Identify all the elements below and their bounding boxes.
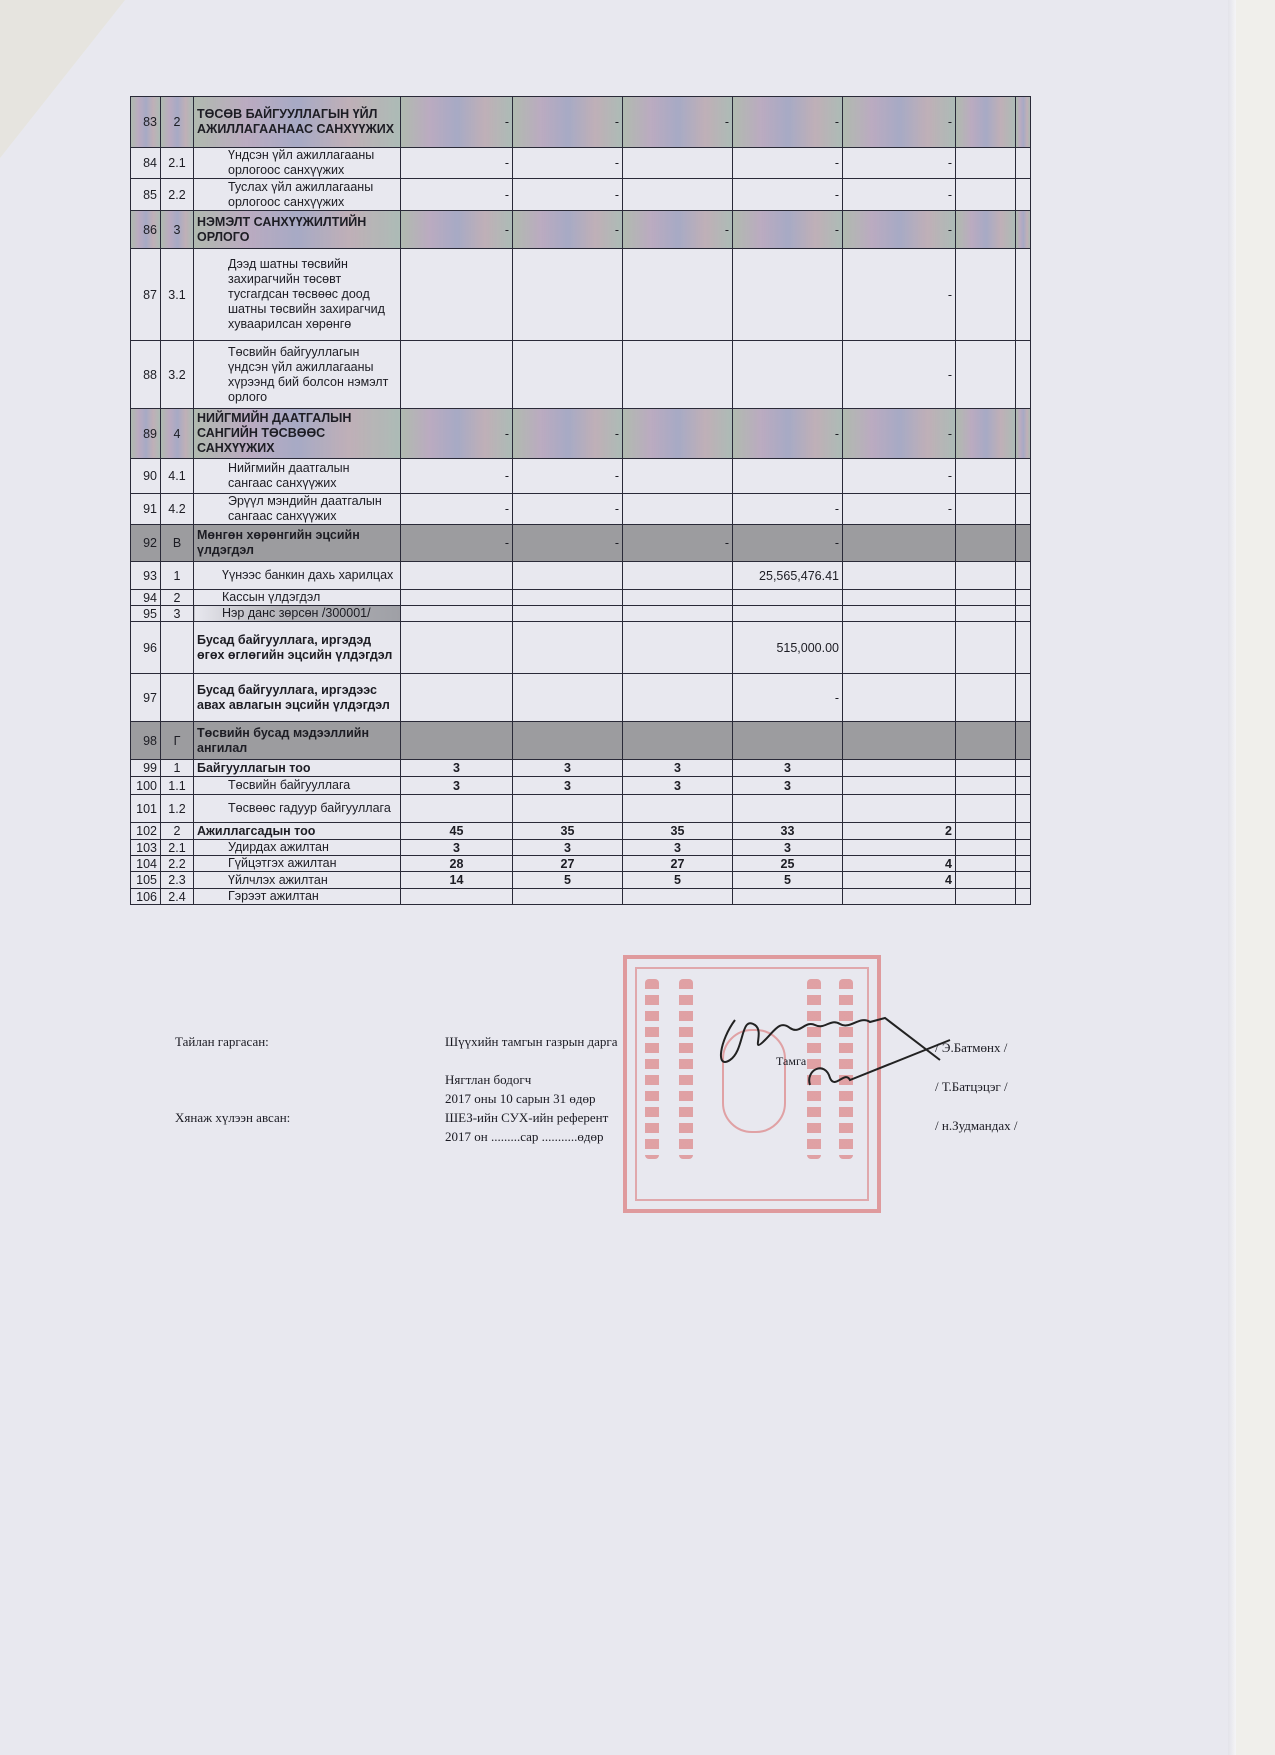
value-cell xyxy=(513,674,623,722)
received-by-label: Хянаж хүлээн авсан: xyxy=(175,1110,290,1126)
value-cell xyxy=(956,179,1016,211)
value-cell xyxy=(843,606,956,622)
row-code: В xyxy=(161,525,194,562)
value-cell xyxy=(1016,823,1031,840)
row-code: 2 xyxy=(161,823,194,840)
row-label: Кассын үлдэгдэл xyxy=(194,590,401,606)
row-code: 2.4 xyxy=(161,889,194,905)
table-row: 96Бусад байгууллага, иргэдэд өгөх өглөги… xyxy=(131,622,1031,674)
value-cell: 35 xyxy=(513,823,623,840)
value-cell: 45 xyxy=(401,823,513,840)
table-row: 894НИЙГМИЙН ДААТГАЛЫН САНГИЙН ТӨСВӨӨС СА… xyxy=(131,409,1031,459)
value-cell: 3 xyxy=(401,760,513,777)
value-cell xyxy=(956,341,1016,409)
table-row: 852.2Туслах үйл ажиллагааны орлогоос сан… xyxy=(131,179,1031,211)
value-cell xyxy=(1016,211,1031,249)
value-cell: 3 xyxy=(733,777,843,795)
value-cell: - xyxy=(401,459,513,494)
value-cell xyxy=(733,590,843,606)
value-cell: - xyxy=(623,525,733,562)
value-cell xyxy=(733,722,843,760)
value-cell xyxy=(956,97,1016,148)
value-cell xyxy=(956,409,1016,459)
value-cell: - xyxy=(843,97,956,148)
value-cell: - xyxy=(513,211,623,249)
value-cell xyxy=(1016,525,1031,562)
value-cell xyxy=(513,562,623,590)
value-cell: 5 xyxy=(623,872,733,889)
value-cell: - xyxy=(401,179,513,211)
row-code: 3 xyxy=(161,606,194,622)
signature-icon xyxy=(710,1000,970,1110)
table-row: 863НЭМЭЛТ САНХҮҮЖИЛТИЙН ОРЛОГО----- xyxy=(131,211,1031,249)
value-cell xyxy=(401,674,513,722)
value-cell xyxy=(1016,622,1031,674)
folded-corner xyxy=(0,0,125,158)
row-number: 88 xyxy=(131,341,161,409)
value-cell xyxy=(1016,840,1031,856)
value-cell: 3 xyxy=(623,840,733,856)
value-cell: - xyxy=(843,211,956,249)
value-cell xyxy=(843,622,956,674)
row-label: Гэрээт ажилтан xyxy=(194,889,401,905)
value-cell xyxy=(956,606,1016,622)
row-number: 89 xyxy=(131,409,161,459)
value-cell xyxy=(956,795,1016,823)
row-label: Гүйцэтгэх ажилтан xyxy=(194,856,401,872)
value-cell xyxy=(956,872,1016,889)
value-cell: - xyxy=(401,97,513,148)
value-cell: - xyxy=(843,494,956,525)
value-cell xyxy=(1016,590,1031,606)
value-cell xyxy=(623,722,733,760)
value-cell xyxy=(513,606,623,622)
value-cell xyxy=(956,856,1016,872)
row-number: 92 xyxy=(131,525,161,562)
table-row: 873.1Дээд шатны төсвийн захирагчийн төсө… xyxy=(131,249,1031,341)
table-row: 953Нэр данс зөрсөн /300001/ xyxy=(131,606,1031,622)
row-number: 105 xyxy=(131,872,161,889)
row-number: 87 xyxy=(131,249,161,341)
value-cell: 25,565,476.41 xyxy=(733,562,843,590)
row-label: Бусад байгууллага, иргэдээс авах авлагын… xyxy=(194,674,401,722)
value-cell xyxy=(1016,341,1031,409)
row-code: Г xyxy=(161,722,194,760)
value-cell xyxy=(623,590,733,606)
value-cell xyxy=(623,562,733,590)
role-court-secretariat-head: Шүүхийн тамгын газрын дарга xyxy=(445,1034,618,1050)
value-cell xyxy=(1016,179,1031,211)
table-row: 842.1Үндсэн үйл ажиллагааны орлогоос сан… xyxy=(131,148,1031,179)
value-cell xyxy=(843,590,956,606)
value-cell xyxy=(401,606,513,622)
date-prepared: 2017 оны 10 сарын 31 өдөр xyxy=(445,1091,595,1107)
value-cell: 3 xyxy=(623,777,733,795)
value-cell: 33 xyxy=(733,823,843,840)
value-cell: 14 xyxy=(401,872,513,889)
value-cell xyxy=(623,148,733,179)
value-cell xyxy=(1016,148,1031,179)
value-cell: - xyxy=(843,179,956,211)
value-cell: 2 xyxy=(843,823,956,840)
value-cell xyxy=(956,760,1016,777)
value-cell: 5 xyxy=(513,872,623,889)
row-number: 106 xyxy=(131,889,161,905)
row-label: Эрүүл мэндийн даатгалын сангаас санхүүжи… xyxy=(194,494,401,525)
row-label: Байгууллагын тоо xyxy=(194,760,401,777)
value-cell xyxy=(956,494,1016,525)
prepared-by-label: Тайлан гаргасан: xyxy=(175,1034,269,1050)
value-cell xyxy=(623,889,733,905)
value-cell xyxy=(956,148,1016,179)
value-cell xyxy=(956,722,1016,760)
value-cell: - xyxy=(733,525,843,562)
value-cell xyxy=(956,889,1016,905)
row-code: 2 xyxy=(161,97,194,148)
table-row: 931Үүнээс банкин дахь харилцах25,565,476… xyxy=(131,562,1031,590)
row-code: 3.2 xyxy=(161,341,194,409)
row-label: Төсвийн байгууллага xyxy=(194,777,401,795)
background-surface xyxy=(1236,0,1275,1755)
value-cell: - xyxy=(843,459,956,494)
row-label: Үйлчлэх ажилтан xyxy=(194,872,401,889)
row-label: Туслах үйл ажиллагааны орлогоос санхүүжи… xyxy=(194,179,401,211)
row-number: 99 xyxy=(131,760,161,777)
value-cell: - xyxy=(733,494,843,525)
table-row: 904.1Нийгмийн даатгалын сангаас санхүүжи… xyxy=(131,459,1031,494)
value-cell xyxy=(1016,760,1031,777)
value-cell xyxy=(956,459,1016,494)
value-cell: 3 xyxy=(623,760,733,777)
value-cell xyxy=(956,777,1016,795)
value-cell xyxy=(843,840,956,856)
value-cell xyxy=(733,889,843,905)
value-cell xyxy=(956,674,1016,722)
value-cell: 25 xyxy=(733,856,843,872)
row-code: 3 xyxy=(161,211,194,249)
value-cell xyxy=(956,622,1016,674)
row-label: НЭМЭЛТ САНХҮҮЖИЛТИЙН ОРЛОГО xyxy=(194,211,401,249)
table-row: 1011.2Төсвөөс гадуур байгууллага xyxy=(131,795,1031,823)
value-cell: - xyxy=(513,459,623,494)
row-number: 91 xyxy=(131,494,161,525)
value-cell: - xyxy=(843,341,956,409)
table-row: 1052.3Үйлчлэх ажилтан145554 xyxy=(131,872,1031,889)
row-code xyxy=(161,622,194,674)
value-cell xyxy=(1016,777,1031,795)
value-cell xyxy=(843,562,956,590)
row-number: 98 xyxy=(131,722,161,760)
row-code: 4 xyxy=(161,409,194,459)
table-row: 991Байгууллагын тоо3333 xyxy=(131,760,1031,777)
value-cell xyxy=(1016,249,1031,341)
page-edge xyxy=(1228,0,1236,1755)
value-cell xyxy=(733,795,843,823)
value-cell: 3 xyxy=(513,760,623,777)
value-cell xyxy=(956,590,1016,606)
row-code: 1.1 xyxy=(161,777,194,795)
value-cell xyxy=(1016,494,1031,525)
row-code xyxy=(161,674,194,722)
value-cell xyxy=(733,459,843,494)
row-code: 2.2 xyxy=(161,179,194,211)
row-number: 101 xyxy=(131,795,161,823)
value-cell: - xyxy=(623,97,733,148)
row-number: 95 xyxy=(131,606,161,622)
table-row: 98ГТөсвийн бусад мэдээллийн ангилал xyxy=(131,722,1031,760)
value-cell: - xyxy=(513,97,623,148)
value-cell xyxy=(956,249,1016,341)
value-cell xyxy=(513,722,623,760)
value-cell: 27 xyxy=(513,856,623,872)
table-row: 1032.1Удирдах ажилтан3333 xyxy=(131,840,1031,856)
value-cell xyxy=(956,562,1016,590)
row-number: 93 xyxy=(131,562,161,590)
value-cell xyxy=(623,494,733,525)
value-cell: - xyxy=(401,525,513,562)
value-cell xyxy=(733,606,843,622)
table-row: 1022Ажиллагсадын тоо453535332 xyxy=(131,823,1031,840)
row-number: 103 xyxy=(131,840,161,856)
value-cell xyxy=(1016,562,1031,590)
signatory-name-1: / Э.Батмөнх / xyxy=(935,1040,1007,1056)
value-cell xyxy=(623,179,733,211)
value-cell xyxy=(1016,872,1031,889)
row-label: Удирдах ажилтан xyxy=(194,840,401,856)
value-cell xyxy=(401,622,513,674)
value-cell: - xyxy=(843,409,956,459)
row-code: 1.2 xyxy=(161,795,194,823)
row-number: 90 xyxy=(131,459,161,494)
value-cell xyxy=(843,889,956,905)
row-label: Үүнээс банкин дахь харилцах xyxy=(194,562,401,590)
table-row: 832ТӨСӨВ БАЙГУУЛЛАГЫН ҮЙЛ АЖИЛЛАГААНААС … xyxy=(131,97,1031,148)
value-cell xyxy=(1016,795,1031,823)
row-code: 1 xyxy=(161,562,194,590)
value-cell xyxy=(1016,97,1031,148)
table-row: 942Кассын үлдэгдэл xyxy=(131,590,1031,606)
value-cell xyxy=(1016,606,1031,622)
value-cell: 3 xyxy=(513,840,623,856)
table-row: 1001.1Төсвийн байгууллага3333 xyxy=(131,777,1031,795)
row-code: 2.1 xyxy=(161,148,194,179)
value-cell: 3 xyxy=(401,777,513,795)
value-cell: - xyxy=(733,674,843,722)
table-row: 914.2Эрүүл мэндийн даатгалын сангаас сан… xyxy=(131,494,1031,525)
row-number: 83 xyxy=(131,97,161,148)
value-cell xyxy=(401,590,513,606)
value-cell: - xyxy=(513,409,623,459)
value-cell xyxy=(956,211,1016,249)
value-cell xyxy=(1016,674,1031,722)
value-cell xyxy=(843,722,956,760)
value-cell xyxy=(401,341,513,409)
value-cell: 5 xyxy=(733,872,843,889)
row-label: Төсвийн бусад мэдээллийн ангилал xyxy=(194,722,401,760)
value-cell xyxy=(956,525,1016,562)
table-row: 97Бусад байгууллага, иргэдээс авах авлаг… xyxy=(131,674,1031,722)
row-code: 2.1 xyxy=(161,840,194,856)
value-cell xyxy=(1016,856,1031,872)
value-cell xyxy=(623,459,733,494)
row-number: 86 xyxy=(131,211,161,249)
value-cell xyxy=(956,823,1016,840)
value-cell: - xyxy=(401,211,513,249)
value-cell: - xyxy=(401,148,513,179)
row-number: 97 xyxy=(131,674,161,722)
value-cell: 28 xyxy=(401,856,513,872)
value-cell xyxy=(956,840,1016,856)
row-code: 4.2 xyxy=(161,494,194,525)
value-cell xyxy=(513,795,623,823)
value-cell: - xyxy=(623,211,733,249)
value-cell: - xyxy=(733,179,843,211)
budget-report-table: 832ТӨСӨВ БАЙГУУЛЛАГЫН ҮЙЛ АЖИЛЛАГААНААС … xyxy=(130,96,1031,905)
row-label: Ажиллагсадын тоо xyxy=(194,823,401,840)
value-cell xyxy=(733,341,843,409)
table-row: 1062.4Гэрээт ажилтан xyxy=(131,889,1031,905)
value-cell: - xyxy=(733,211,843,249)
row-code: 2.2 xyxy=(161,856,194,872)
row-label: Нэр данс зөрсөн /300001/ xyxy=(194,606,401,622)
value-cell xyxy=(733,249,843,341)
value-cell xyxy=(1016,459,1031,494)
row-label: Бусад байгууллага, иргэдэд өгөх өглөгийн… xyxy=(194,622,401,674)
value-cell: - xyxy=(401,409,513,459)
value-cell: 3 xyxy=(401,840,513,856)
value-cell: 3 xyxy=(733,760,843,777)
value-cell xyxy=(623,606,733,622)
row-code: 3.1 xyxy=(161,249,194,341)
row-code: 1 xyxy=(161,760,194,777)
value-cell xyxy=(513,249,623,341)
row-number: 104 xyxy=(131,856,161,872)
value-cell xyxy=(623,795,733,823)
row-label: Үндсэн үйл ажиллагааны орлогоос санхүүжи… xyxy=(194,148,401,179)
value-cell: - xyxy=(733,148,843,179)
value-cell xyxy=(623,674,733,722)
value-cell xyxy=(843,525,956,562)
signatory-name-3: / н.Зудмандах / xyxy=(935,1118,1018,1134)
role-accountant: Нягтлан бодогч xyxy=(445,1072,531,1088)
value-cell: 35 xyxy=(623,823,733,840)
value-cell xyxy=(623,409,733,459)
value-cell xyxy=(1016,889,1031,905)
value-cell: 515,000.00 xyxy=(733,622,843,674)
value-cell: - xyxy=(513,494,623,525)
value-cell: 3 xyxy=(733,840,843,856)
value-cell xyxy=(401,562,513,590)
value-cell xyxy=(843,795,956,823)
value-cell: - xyxy=(733,97,843,148)
row-label: ТӨСӨВ БАЙГУУЛЛАГЫН ҮЙЛ АЖИЛЛАГААНААС САН… xyxy=(194,97,401,148)
value-cell: 4 xyxy=(843,856,956,872)
value-cell: - xyxy=(401,494,513,525)
value-cell: - xyxy=(733,409,843,459)
value-cell: - xyxy=(513,179,623,211)
row-number: 102 xyxy=(131,823,161,840)
row-number: 85 xyxy=(131,179,161,211)
row-label: Төсвийн байгууллагын үндсэн үйл ажиллага… xyxy=(194,341,401,409)
value-cell: - xyxy=(843,249,956,341)
value-cell xyxy=(843,760,956,777)
row-label: Мөнгөн хөрөнгийн эцсийн үлдэгдэл xyxy=(194,525,401,562)
value-cell xyxy=(513,341,623,409)
table-row: 92ВМөнгөн хөрөнгийн эцсийн үлдэгдэл---- xyxy=(131,525,1031,562)
value-cell xyxy=(401,889,513,905)
row-number: 100 xyxy=(131,777,161,795)
value-cell xyxy=(623,341,733,409)
row-label: Дээд шатны төсвийн захирагчийн төсөвт ту… xyxy=(194,249,401,341)
value-cell xyxy=(513,590,623,606)
table-row: 883.2Төсвийн байгууллагын үндсэн үйл ажи… xyxy=(131,341,1031,409)
row-code: 4.1 xyxy=(161,459,194,494)
value-cell: 27 xyxy=(623,856,733,872)
value-cell xyxy=(623,249,733,341)
value-cell xyxy=(1016,722,1031,760)
date-received: 2017 он .........сар ...........өдөр xyxy=(445,1129,604,1145)
value-cell: - xyxy=(513,525,623,562)
row-number: 96 xyxy=(131,622,161,674)
value-cell: 4 xyxy=(843,872,956,889)
row-code: 2 xyxy=(161,590,194,606)
value-cell xyxy=(843,777,956,795)
row-number: 94 xyxy=(131,590,161,606)
value-cell xyxy=(401,249,513,341)
value-cell: - xyxy=(513,148,623,179)
value-cell xyxy=(623,622,733,674)
value-cell xyxy=(513,622,623,674)
value-cell: - xyxy=(843,148,956,179)
table-row: 1042.2Гүйцэтгэх ажилтан282727254 xyxy=(131,856,1031,872)
row-number: 84 xyxy=(131,148,161,179)
value-cell xyxy=(513,889,623,905)
value-cell xyxy=(401,795,513,823)
row-label: Төсвөөс гадуур байгууллага xyxy=(194,795,401,823)
value-cell: 3 xyxy=(513,777,623,795)
row-label: Нийгмийн даатгалын сангаас санхүүжих xyxy=(194,459,401,494)
row-code: 2.3 xyxy=(161,872,194,889)
value-cell xyxy=(843,674,956,722)
signatory-name-2: / Т.Батцэцэг / xyxy=(935,1079,1008,1095)
value-cell xyxy=(1016,409,1031,459)
row-label: НИЙГМИЙН ДААТГАЛЫН САНГИЙН ТӨСВӨӨС САНХҮ… xyxy=(194,409,401,459)
value-cell xyxy=(401,722,513,760)
role-referent: ШЕЗ-ийн СУХ-ийн референт xyxy=(445,1110,608,1126)
